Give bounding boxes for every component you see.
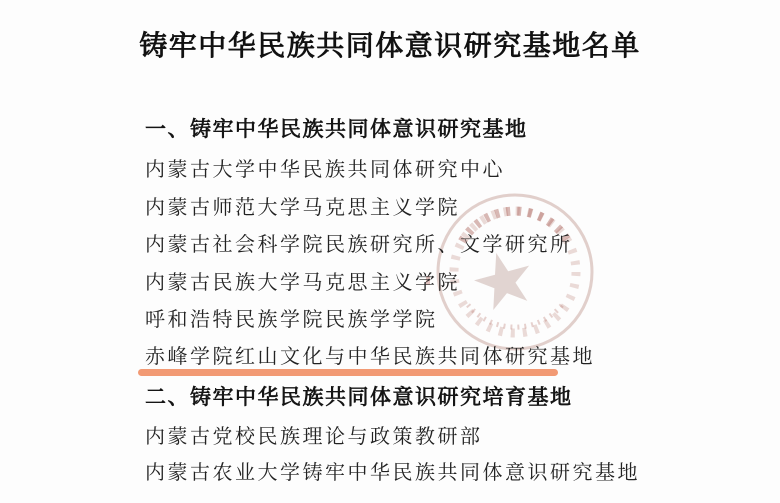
scanned-document-page: 铸牢中华民族共同体意识研究基地名单 一、铸牢中华民族共同体意识研究基地 内蒙古大… — [0, 0, 780, 503]
list-item-cultivation-2: 内蒙古农业大学铸牢中华民族共同体意识研究基地 — [145, 461, 640, 485]
list-item-base-2: 内蒙古师范大学马克思主义学院 — [145, 196, 460, 220]
list-item-base-6-highlighted: 赤峰学院红山文化与中华民族共同体研究基地 — [145, 345, 595, 369]
page-title: 铸牢中华民族共同体意识研究基地名单 — [0, 30, 780, 62]
list-item-base-3: 内蒙古社会科学院民族研究所、文学研究所 — [145, 233, 573, 257]
stamp-arc-marks-bottom — [468, 305, 562, 327]
list-item-base-5: 呼和浩特民族学院民族学学院 — [145, 308, 438, 332]
section-2-heading: 二、铸牢中华民族共同体意识研究培育基地 — [145, 385, 573, 411]
list-item-cultivation-1: 内蒙古党校民族理论与政策教研部 — [145, 425, 483, 449]
stamp-arc-marks — [454, 211, 576, 333]
list-item-base-1: 内蒙古大学中华民族共同体研究中心 — [145, 158, 505, 182]
highlight-underline — [138, 369, 558, 376]
stamp-ring — [438, 195, 592, 349]
list-item-base-4: 内蒙古民族大学马克思主义学院 — [145, 271, 460, 295]
section-1-heading: 一、铸牢中华民族共同体意识研究基地 — [145, 117, 528, 143]
